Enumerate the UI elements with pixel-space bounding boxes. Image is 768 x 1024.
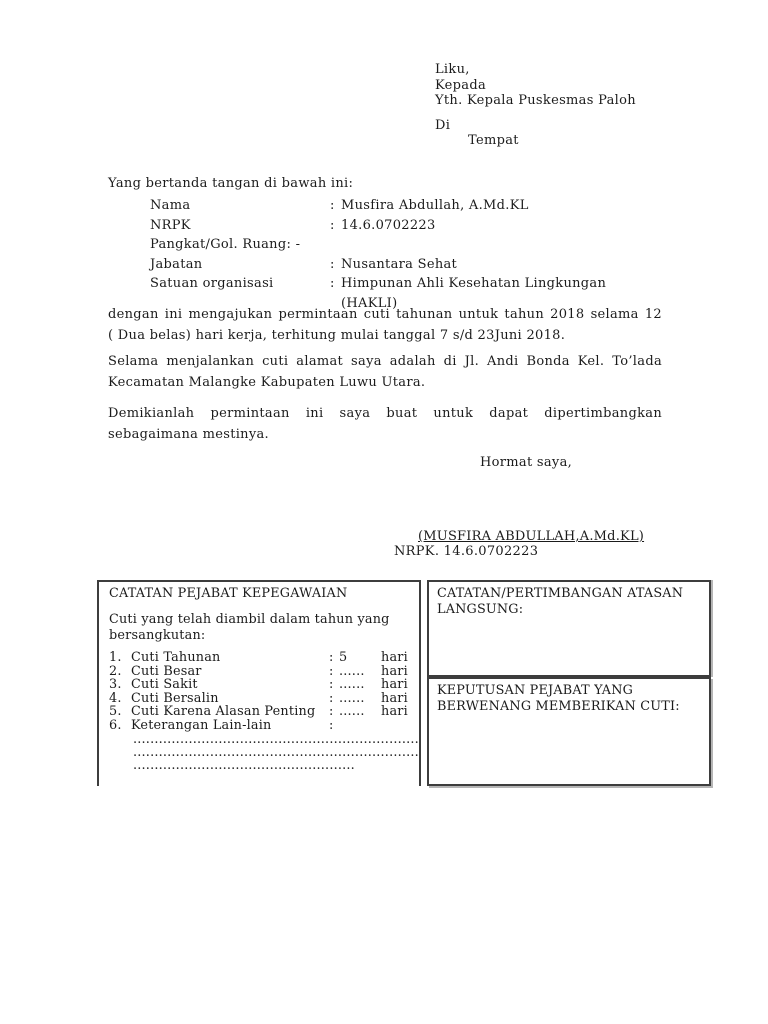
item-separator: : <box>329 665 339 679</box>
identity-row-jabatan: Jabatan : Nusantara Sehat <box>150 255 670 275</box>
identity-value: Himpunan Ahli Kesehatan Lingkungan <box>341 274 670 294</box>
item-number: 6. <box>109 719 131 733</box>
paragraph-line: ( Dua belas) hari kerja, terhitung mulai… <box>108 325 662 346</box>
leave-item-tahunan: 1. Cuti Tahunan : 5 hari <box>109 651 411 665</box>
paragraph-line: Kecamatan Malangke Kabupaten Luwu Utara. <box>108 372 662 393</box>
item-number: 2. <box>109 665 131 679</box>
recipient-place: Liku, <box>435 62 685 78</box>
paragraph-line: Demikianlah permintaan ini saya buat unt… <box>108 403 662 424</box>
subtitle-line: bersangkutan: <box>109 628 411 644</box>
recipient-block: Liku, Kepada Yth. Kepala Puskesmas Paloh… <box>435 62 685 149</box>
dotted-fill-line: ........................................… <box>133 733 419 746</box>
identity-separator: : <box>330 216 341 236</box>
item-number: 1. <box>109 651 131 665</box>
item-separator: : <box>329 719 339 733</box>
item-value <box>339 719 381 733</box>
item-unit <box>381 719 411 733</box>
identity-row-pangkat: Pangkat/Gol. Ruang: - <box>150 235 670 255</box>
identity-row-satuan: Satuan organisasi : Himpunan Ahli Keseha… <box>150 274 670 294</box>
item-value: 5 <box>339 651 381 665</box>
item-name: Cuti Besar <box>131 665 329 679</box>
subtitle-line: Cuti yang telah diambil dalam tahun yang <box>109 612 411 628</box>
identity-row-nrpk: NRPK : 14.6.0702223 <box>150 216 670 236</box>
paragraph-closing: Demikianlah permintaan ini saya buat unt… <box>108 403 662 446</box>
identity-label: Satuan organisasi <box>150 274 330 294</box>
identity-value: Nusantara Sehat <box>341 255 670 275</box>
leave-item-sakit: 3. Cuti Sakit : ...... hari <box>109 678 411 692</box>
item-separator: : <box>329 692 339 706</box>
signature-name: (MUSFIRA ABDULLAH,A.Md.KL) <box>418 529 644 544</box>
item-unit: hari <box>381 692 411 706</box>
item-value: ...... <box>339 665 381 679</box>
item-value: ...... <box>339 678 381 692</box>
identity-block: Nama : Musfira Abdullah, A.Md.KL NRPK : … <box>150 196 670 314</box>
item-name: Cuti Karena Alasan Penting <box>131 705 329 719</box>
item-separator: : <box>329 678 339 692</box>
paragraph-address: Selama menjalankan cuti alamat saya adal… <box>108 351 662 394</box>
signature-id: NRPK. 14.6.0702223 <box>394 544 538 559</box>
item-unit: hari <box>381 705 411 719</box>
identity-label: Nama <box>150 196 330 216</box>
leave-item-alasan-penting: 5. Cuti Karena Alasan Penting : ...... h… <box>109 705 411 719</box>
item-unit: hari <box>381 665 411 679</box>
identity-label: Jabatan <box>150 255 330 275</box>
authority-decision-cell: KEPUTUSAN PEJABAT YANG BERWENANG MEMBERI… <box>427 677 711 786</box>
supervisor-notes-cell: CATATAN/PERTIMBANGAN ATASAN LANGSUNG: <box>427 580 711 677</box>
item-unit: hari <box>381 651 411 665</box>
identity-separator <box>330 235 341 255</box>
body-paragraphs: dengan ini mengajukan permintaan cuti ta… <box>108 304 662 446</box>
recipient-kepada: Kepada <box>435 78 685 94</box>
item-unit: hari <box>381 678 411 692</box>
identity-value <box>341 235 670 255</box>
salutation: Hormat saya, <box>480 455 572 470</box>
authority-decision-title-line: KEPUTUSAN PEJABAT YANG <box>437 683 701 699</box>
identity-value: 14.6.0702223 <box>341 216 670 236</box>
leave-list: 1. Cuti Tahunan : 5 hari 2. Cuti Besar :… <box>109 651 411 733</box>
identity-separator: : <box>330 274 341 294</box>
identity-label: Pangkat/Gol. Ruang: - <box>150 235 330 255</box>
leave-item-bersalin: 4. Cuti Bersalin : ...... hari <box>109 692 411 706</box>
item-number: 5. <box>109 705 131 719</box>
leave-item-keterangan: 6. Keterangan Lain-lain : <box>109 719 411 733</box>
item-separator: : <box>329 651 339 665</box>
paragraph-line: sebagaimana mestinya. <box>108 424 662 445</box>
identity-value: Musfira Abdullah, A.Md.KL <box>341 196 670 216</box>
authority-decision-title-line: BERWENANG MEMBERIKAN CUTI: <box>437 699 701 715</box>
item-name: Cuti Tahunan <box>131 651 329 665</box>
recipient-tempat: Tempat <box>435 133 685 149</box>
item-separator: : <box>329 705 339 719</box>
item-value: ...... <box>339 692 381 706</box>
personnel-notes-cell: CATATAN PEJABAT KEPEGAWAIAN Cuti yang te… <box>97 580 421 786</box>
paragraph-request: dengan ini mengajukan permintaan cuti ta… <box>108 304 662 347</box>
recipient-di: Di <box>435 118 685 134</box>
identity-label: NRPK <box>150 216 330 236</box>
identity-row-nama: Nama : Musfira Abdullah, A.Md.KL <box>150 196 670 216</box>
document-page: Liku, Kepada Yth. Kepala Puskesmas Paloh… <box>0 0 768 1024</box>
recipient-addressee: Yth. Kepala Puskesmas Paloh <box>435 93 685 109</box>
supervisor-notes-title-line: LANGSUNG: <box>437 602 701 618</box>
item-number: 4. <box>109 692 131 706</box>
leave-item-besar: 2. Cuti Besar : ...... hari <box>109 665 411 679</box>
identity-separator: : <box>330 196 341 216</box>
dotted-fill-line: ........................................… <box>133 746 419 759</box>
opening-line: Yang bertanda tangan di bawah ini: <box>108 176 353 191</box>
item-number: 3. <box>109 678 131 692</box>
paragraph-line: dengan ini mengajukan permintaan cuti ta… <box>108 304 662 325</box>
identity-separator: : <box>330 255 341 275</box>
dotted-fill-line: ........................................… <box>133 759 419 772</box>
personnel-notes-title: CATATAN PEJABAT KEPEGAWAIAN <box>109 586 411 601</box>
paragraph-line: Selama menjalankan cuti alamat saya adal… <box>108 351 662 372</box>
item-name: Keterangan Lain-lain <box>131 719 329 733</box>
item-name: Cuti Bersalin <box>131 692 329 706</box>
item-value: ...... <box>339 705 381 719</box>
item-name: Cuti Sakit <box>131 678 329 692</box>
personnel-notes-subtitle: Cuti yang telah diambil dalam tahun yang… <box>109 612 411 643</box>
supervisor-notes-title-line: CATATAN/PERTIMBANGAN ATASAN <box>437 586 701 602</box>
